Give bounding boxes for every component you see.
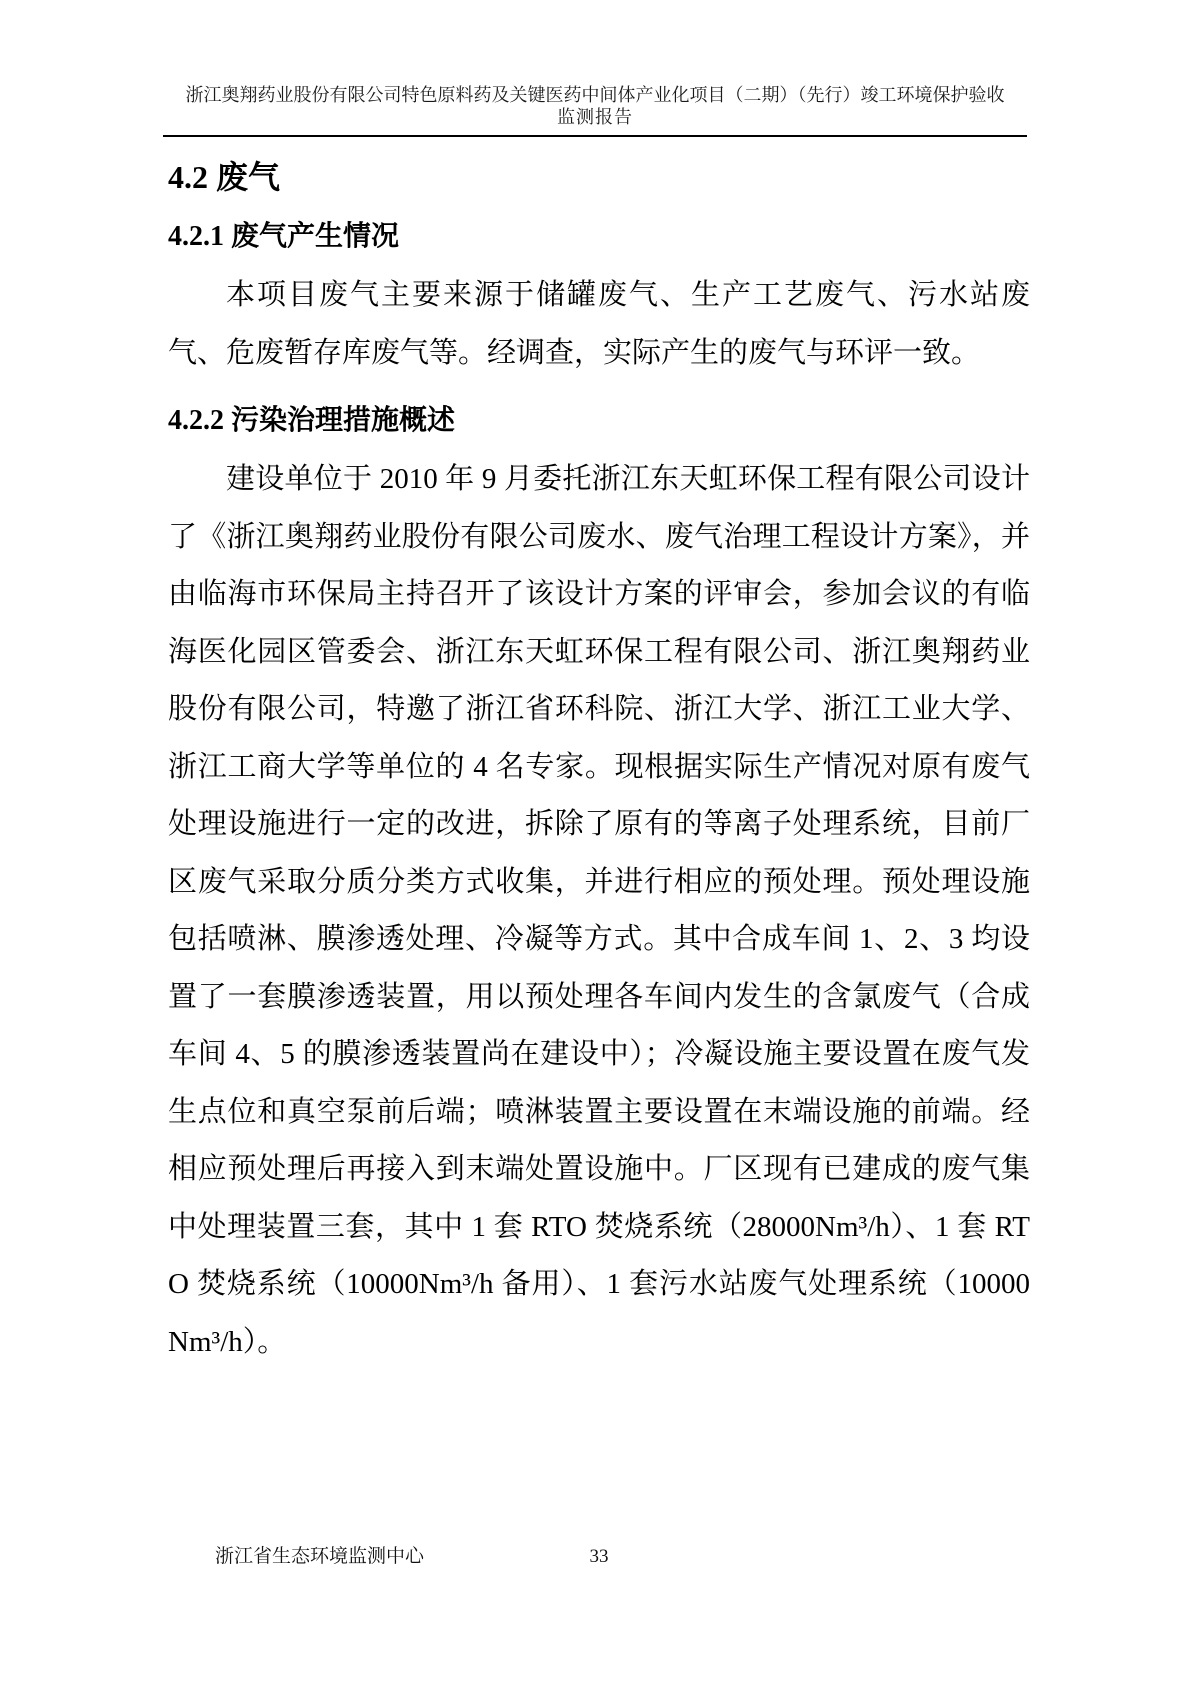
page-header: 浙江奥翔药业股份有限公司特色原料药及关键医药中间体产业化项目（二期）（先行）竣工… bbox=[163, 84, 1027, 137]
section-heading-4-2-1: 4.2.1 废气产生情况 bbox=[168, 218, 1030, 256]
paragraph-waste-gas-sources: 本项目废气主要来源于储罐废气、生产工艺废气、污水站废气、危废暂存库废气等。经调查… bbox=[168, 267, 1030, 382]
running-header-line1: 浙江奥翔药业股份有限公司特色原料药及关键医药中间体产业化项目（二期）（先行）竣工… bbox=[163, 84, 1027, 106]
section-heading-4-2: 4.2 废气 bbox=[168, 156, 1030, 198]
footer-organization: 浙江省生态环境监测中心 bbox=[215, 1544, 424, 1570]
running-header-line2: 监测报告 bbox=[163, 106, 1027, 128]
paragraph-pollution-treatment-overview: 建设单位于 2010 年 9 月委托浙江东天虹环保工程有限公司设计了《浙江奥翔药… bbox=[168, 451, 1030, 1371]
document-body: 4.2 废气 4.2.1 废气产生情况 本项目废气主要来源于储罐废气、生产工艺废… bbox=[168, 140, 1030, 1371]
footer-page-number: 33 bbox=[590, 1544, 609, 1570]
page-footer: 浙江省生态环境监测中心 33 bbox=[168, 1544, 1030, 1574]
document-page: 浙江奥翔药业股份有限公司特色原料药及关键医药中间体产业化项目（二期）（先行）竣工… bbox=[0, 0, 1190, 1683]
section-heading-4-2-2: 4.2.2 污染治理措施概述 bbox=[168, 402, 1030, 440]
